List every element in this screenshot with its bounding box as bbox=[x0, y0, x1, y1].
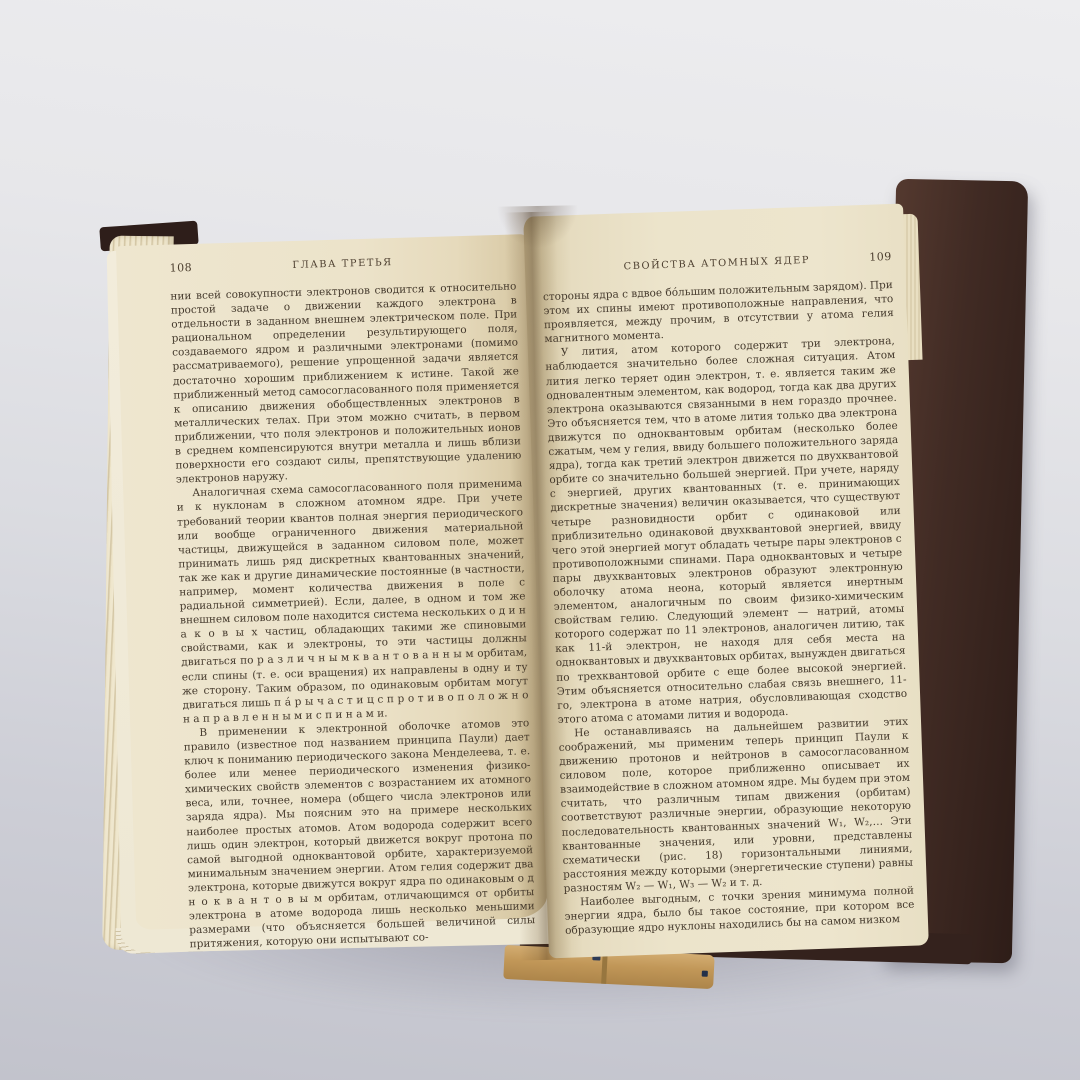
edge-strip-mark bbox=[702, 971, 708, 977]
left-running-head: 108 ГЛАВА ТРЕТЬЯ bbox=[169, 251, 515, 274]
running-head-title-right: СВОЙСТВА АТОМНЫХ ЯДЕР bbox=[584, 253, 850, 273]
right-running-head: СВОЙСТВА АТОМНЫХ ЯДЕР 109 bbox=[542, 250, 892, 275]
running-head-title-left: ГЛАВА ТРЕТЬЯ bbox=[211, 255, 473, 274]
head-spacer bbox=[474, 261, 516, 262]
right-page-text: стороны ядра с вдвое бо́льшим положитель… bbox=[543, 278, 915, 938]
page-number-right: 109 bbox=[850, 250, 892, 264]
left-page: 108 ГЛАВА ТРЕТЬЯ нии всей совокупности э… bbox=[116, 234, 548, 930]
paragraph: нии всей совокупности электронов сводитс… bbox=[170, 279, 522, 486]
paragraph: В применении к электронной оболочке атом… bbox=[183, 716, 536, 952]
page-number-left: 108 bbox=[169, 260, 211, 274]
head-spacer bbox=[542, 271, 584, 272]
paragraph: Аналогичная схема самосогласованного пол… bbox=[176, 477, 529, 727]
photo-backdrop: 108 ГЛАВА ТРЕТЬЯ нии всей совокупности э… bbox=[0, 0, 1080, 1080]
paragraph: Не останавливаясь на дальнейшем развитии… bbox=[558, 715, 914, 896]
paragraph: У лития, атом которого содержит три элек… bbox=[545, 334, 908, 727]
left-page-text: нии всей совокупности электронов сводитс… bbox=[170, 279, 535, 951]
right-page: СВОЙСТВА АТОМНЫХ ЯДЕР 109 стороны ядра с… bbox=[523, 204, 929, 959]
